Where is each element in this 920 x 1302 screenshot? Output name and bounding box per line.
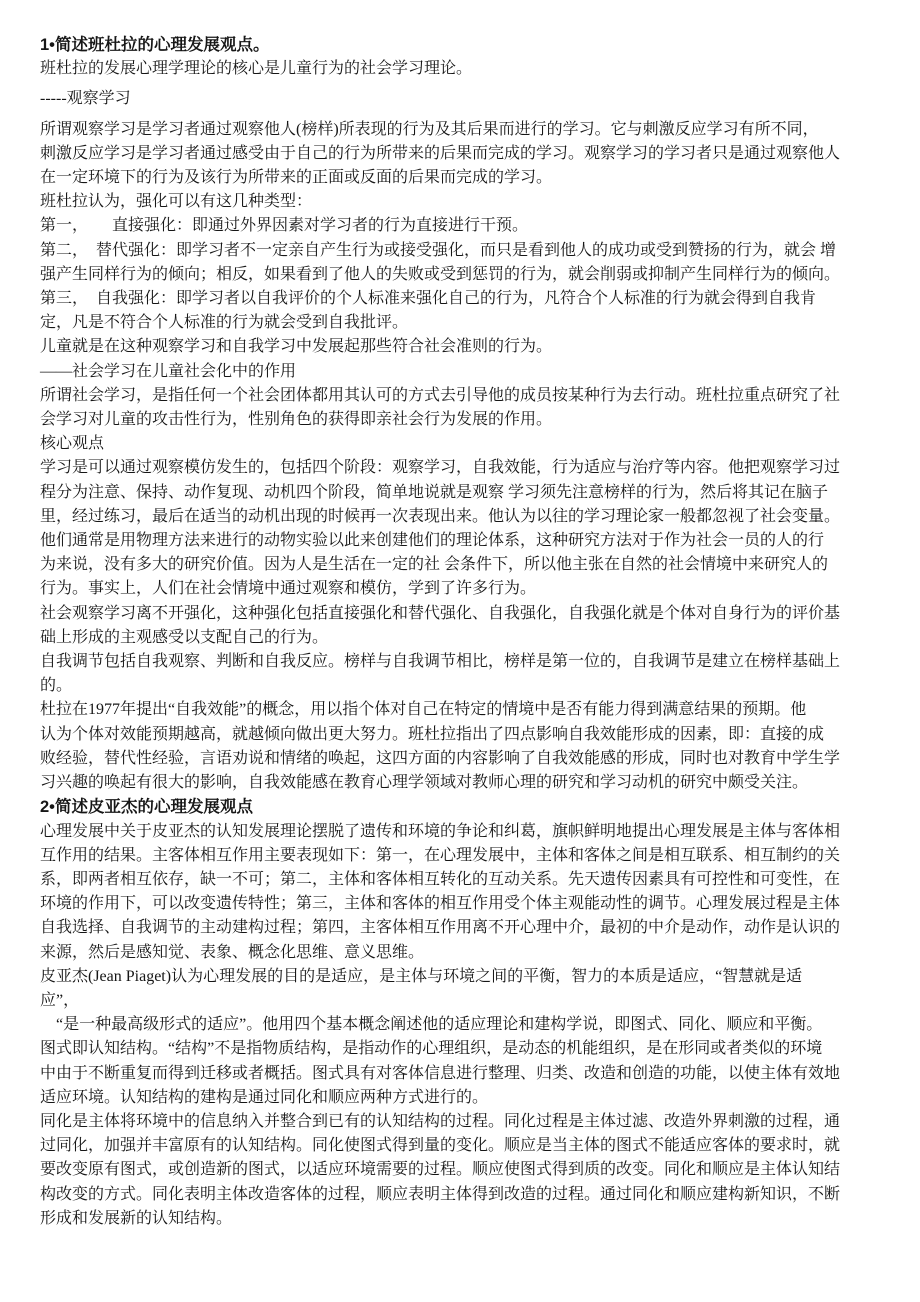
- text-line: 他们通常是用物理方法来进行的动物实验以此来创建他们的理论体系，这种研究方法对于作…: [40, 529, 892, 553]
- paragraph: 所谓观察学习是学习者通过观察他人(榜样)所表现的行为及其后果而进行的学习。它与刺…: [40, 118, 892, 191]
- paragraph: “是一种最高级形式的适应”。他用四个基本概念阐述他的适应理论和建构学说，即图式、…: [40, 1013, 892, 1037]
- text-line: ——社会学习在儿童社会化中的作用: [40, 360, 892, 384]
- paragraph: 第二， 替代强化：即学习者不一定亲自产生行为或接受强化，而只是看到他人的成功或受…: [40, 239, 892, 287]
- text-line: 社会观察学习离不开强化，这种强化包括直接强化和替代强化、自我强化，自我强化就是个…: [40, 602, 892, 626]
- text-line: 心理发展中关于皮亚杰的认知发展理论摆脱了遗传和环境的争论和纠葛，旗帜鲜明地提出心…: [40, 820, 892, 844]
- heading-text: 1•简述班杜拉的心理发展观点。: [40, 33, 892, 57]
- text-line: 适应环境。认知结构的建构是通过同化和顺应两种方式进行的。: [40, 1086, 892, 1110]
- paragraph: 第一， 直接强化：即通过外界因素对学习者的行为直接进行干预。: [40, 214, 892, 238]
- text-line: 要改变原有图式，或创造新的图式，以适应环境需要的过程。顺应使图式得到质的改变。同…: [40, 1158, 892, 1182]
- text-line: 所谓观察学习是学习者通过观察他人(榜样)所表现的行为及其后果而进行的学习。它与刺…: [40, 118, 892, 142]
- text-line: 形成和发展新的认知结构。: [40, 1207, 892, 1231]
- text-line: 班杜拉认为，强化可以有这几种类型：: [40, 190, 892, 214]
- text-line: 强产生同样行为的倾向；相反，如果看到了他人的失败或受到惩罚的行为，就会削弱或抑制…: [40, 263, 892, 287]
- text-line: 同化是主体将环境中的信息纳入并整合到已有的认知结构的过程。同化过程是主体过滤、改…: [40, 1110, 892, 1134]
- text-line: 行为。事实上，人们在社会情境中通过观察和模仿，学到了许多行为。: [40, 577, 892, 601]
- text-line: 第二， 替代强化：即学习者不一定亲自产生行为或接受强化，而只是看到他人的成功或受…: [40, 239, 892, 263]
- text-line: 班杜拉的发展心理学理论的核心是儿童行为的社会学习理论。: [40, 57, 892, 81]
- paragraph: 杜拉在1977年提出“自我效能”的概念，用以指个体对自己在特定的情境中是否有能力…: [40, 698, 892, 795]
- text-line: 第一， 直接强化：即通过外界因素对学习者的行为直接进行干预。: [40, 214, 892, 238]
- paragraph: 图式即认知结构。“结构”不是指物质结构，是指动作的心理组织，是动态的机能组织，是…: [40, 1037, 892, 1110]
- question-heading: 2•简述皮亚杰的心理发展观点: [40, 795, 892, 819]
- text-line: 所谓社会学习，是指任何一个社会团体都用其认可的方式去引导他的成员按某种行为去行动…: [40, 384, 892, 408]
- paragraph: 自我调节包括自我观察、判断和自我反应。榜样与自我调节相比，榜样是第一位的，自我调…: [40, 650, 892, 698]
- text-line: 学习是可以通过观察模仿发生的，包括四个阶段：观察学习，自我效能，行为适应与治疗等…: [40, 456, 892, 480]
- text-line: 会学习对儿童的攻击性行为，性别角色的获得即亲社会行为发展的作用。: [40, 408, 892, 432]
- text-line: 刺激反应学习是学习者通过感受由于自己的行为所带来的后果而完成的学习。观察学习的学…: [40, 142, 892, 166]
- paragraph: 学习是可以通过观察模仿发生的，包括四个阶段：观察学习，自我效能，行为适应与治疗等…: [40, 456, 892, 601]
- paragraph: 心理发展中关于皮亚杰的认知发展理论摆脱了遗传和环境的争论和纠葛，旗帜鲜明地提出心…: [40, 820, 892, 965]
- text-line: -----观察学习: [40, 87, 892, 111]
- text-line: 图式即认知结构。“结构”不是指物质结构，是指动作的心理组织，是动态的机能组织，是…: [40, 1037, 892, 1061]
- text-line: 的。: [40, 674, 892, 698]
- text-line: 败经验，替代性经验，言语劝说和情绪的唤起，这四方面的内容影响了自我效能感的形成，…: [40, 747, 892, 771]
- text-line: 里，经过练习，最后在适当的动机出现的时候再一次表现出来。他认为以往的学习理论家一…: [40, 505, 892, 529]
- paragraph: ——社会学习在儿童社会化中的作用: [40, 360, 892, 384]
- text-line: 互作用的结果。主客体相互作用主要表现如下：第一，在心理发展中，主体和客体之间是相…: [40, 844, 892, 868]
- document-page: 1•简述班杜拉的心理发展观点。班杜拉的发展心理学理论的核心是儿童行为的社会学习理…: [0, 0, 920, 1302]
- text-line: 第三， 自我强化：即学习者以自我评价的个人标准来强化自己的行为，凡符合个人标准的…: [40, 287, 892, 311]
- text-line: 过同化，加强并丰富原有的认知结构。同化使图式得到量的变化。顺应是当主体的图式不能…: [40, 1134, 892, 1158]
- text-line: 杜拉在1977年提出“自我效能”的概念，用以指个体对自己在特定的情境中是否有能力…: [40, 698, 892, 722]
- paragraph: 儿童就是在这种观察学习和自我学习中发展起那些符合社会准则的行为。: [40, 335, 892, 359]
- paragraph: 社会观察学习离不开强化，这种强化包括直接强化和替代强化、自我强化，自我强化就是个…: [40, 602, 892, 650]
- paragraph: 第三， 自我强化：即学习者以自我评价的个人标准来强化自己的行为，凡符合个人标准的…: [40, 287, 892, 335]
- text-line: 程分为注意、保持、动作复现、动机四个阶段，简单地说就是观察 学习须先注意榜样的行…: [40, 481, 892, 505]
- text-line: 儿童就是在这种观察学习和自我学习中发展起那些符合社会准则的行为。: [40, 335, 892, 359]
- text-line: 自我选择、自我调节的主动建构过程；第四，主客体相互作用离不开心理中介，最初的中介…: [40, 916, 892, 940]
- text-line: 认为个体对效能预期越高，就越倾向做出更大努力。班杜拉指出了四点影响自我效能形成的…: [40, 723, 892, 747]
- paragraph: 班杜拉的发展心理学理论的核心是儿童行为的社会学习理论。: [40, 57, 892, 81]
- text-line: 核心观点: [40, 432, 892, 456]
- text-line: 构改变的方式。同化表明主体改造客体的过程，顺应表明主体得到改造的过程。通过同化和…: [40, 1183, 892, 1207]
- text-line: 中由于不断重复而得到迁移或者概括。图式具有对客体信息进行整理、归类、改造和创造的…: [40, 1062, 892, 1086]
- paragraph: 皮亚杰(Jean Piaget)认为心理发展的目的是适应，是主体与环境之间的平衡…: [40, 965, 892, 1013]
- heading-text: 2•简述皮亚杰的心理发展观点: [40, 795, 892, 819]
- text-line: 系，即两者相互依存，缺一不可；第二，主体和客体相互转化的互动关系。先天遗传因素具…: [40, 868, 892, 892]
- paragraph: 同化是主体将环境中的信息纳入并整合到已有的认知结构的过程。同化过程是主体过滤、改…: [40, 1110, 892, 1231]
- question-heading: 1•简述班杜拉的心理发展观点。: [40, 33, 892, 57]
- text-line: 来源，然后是感知觉、表象、概念化思维、意义思维。: [40, 941, 892, 965]
- text-line: 础上形成的主观感受以支配自己的行为。: [40, 626, 892, 650]
- document-content: 1•简述班杜拉的心理发展观点。班杜拉的发展心理学理论的核心是儿童行为的社会学习理…: [40, 33, 892, 1231]
- text-line: 在一定环境下的行为及该行为所带来的正面或反面的后果而完成的学习。: [40, 166, 892, 190]
- text-line: 环境的作用下，可以改变遗传特性；第三，主体和客体的相互作用受个体主观能动性的调节…: [40, 892, 892, 916]
- paragraph: 所谓社会学习，是指任何一个社会团体都用其认可的方式去引导他的成员按某种行为去行动…: [40, 384, 892, 432]
- text-line: 为来说，没有多大的研究价值。因为人是生活在一定的社 会条件下，所以他主张在自然的…: [40, 553, 892, 577]
- paragraph: -----观察学习: [40, 87, 892, 111]
- text-line: 应”，: [40, 989, 892, 1013]
- paragraph: 核心观点: [40, 432, 892, 456]
- paragraph: 班杜拉认为，强化可以有这几种类型：: [40, 190, 892, 214]
- text-line: 定，凡是不符合个人标准的行为就会受到自我批评。: [40, 311, 892, 335]
- text-line: “是一种最高级形式的适应”。他用四个基本概念阐述他的适应理论和建构学说，即图式、…: [40, 1013, 892, 1037]
- text-line: 习兴趣的唤起有很大的影响，自我效能感在教育心理学领域对教师心理的研究和学习动机的…: [40, 771, 892, 795]
- text-line: 自我调节包括自我观察、判断和自我反应。榜样与自我调节相比，榜样是第一位的，自我调…: [40, 650, 892, 674]
- text-line: 皮亚杰(Jean Piaget)认为心理发展的目的是适应，是主体与环境之间的平衡…: [40, 965, 892, 989]
